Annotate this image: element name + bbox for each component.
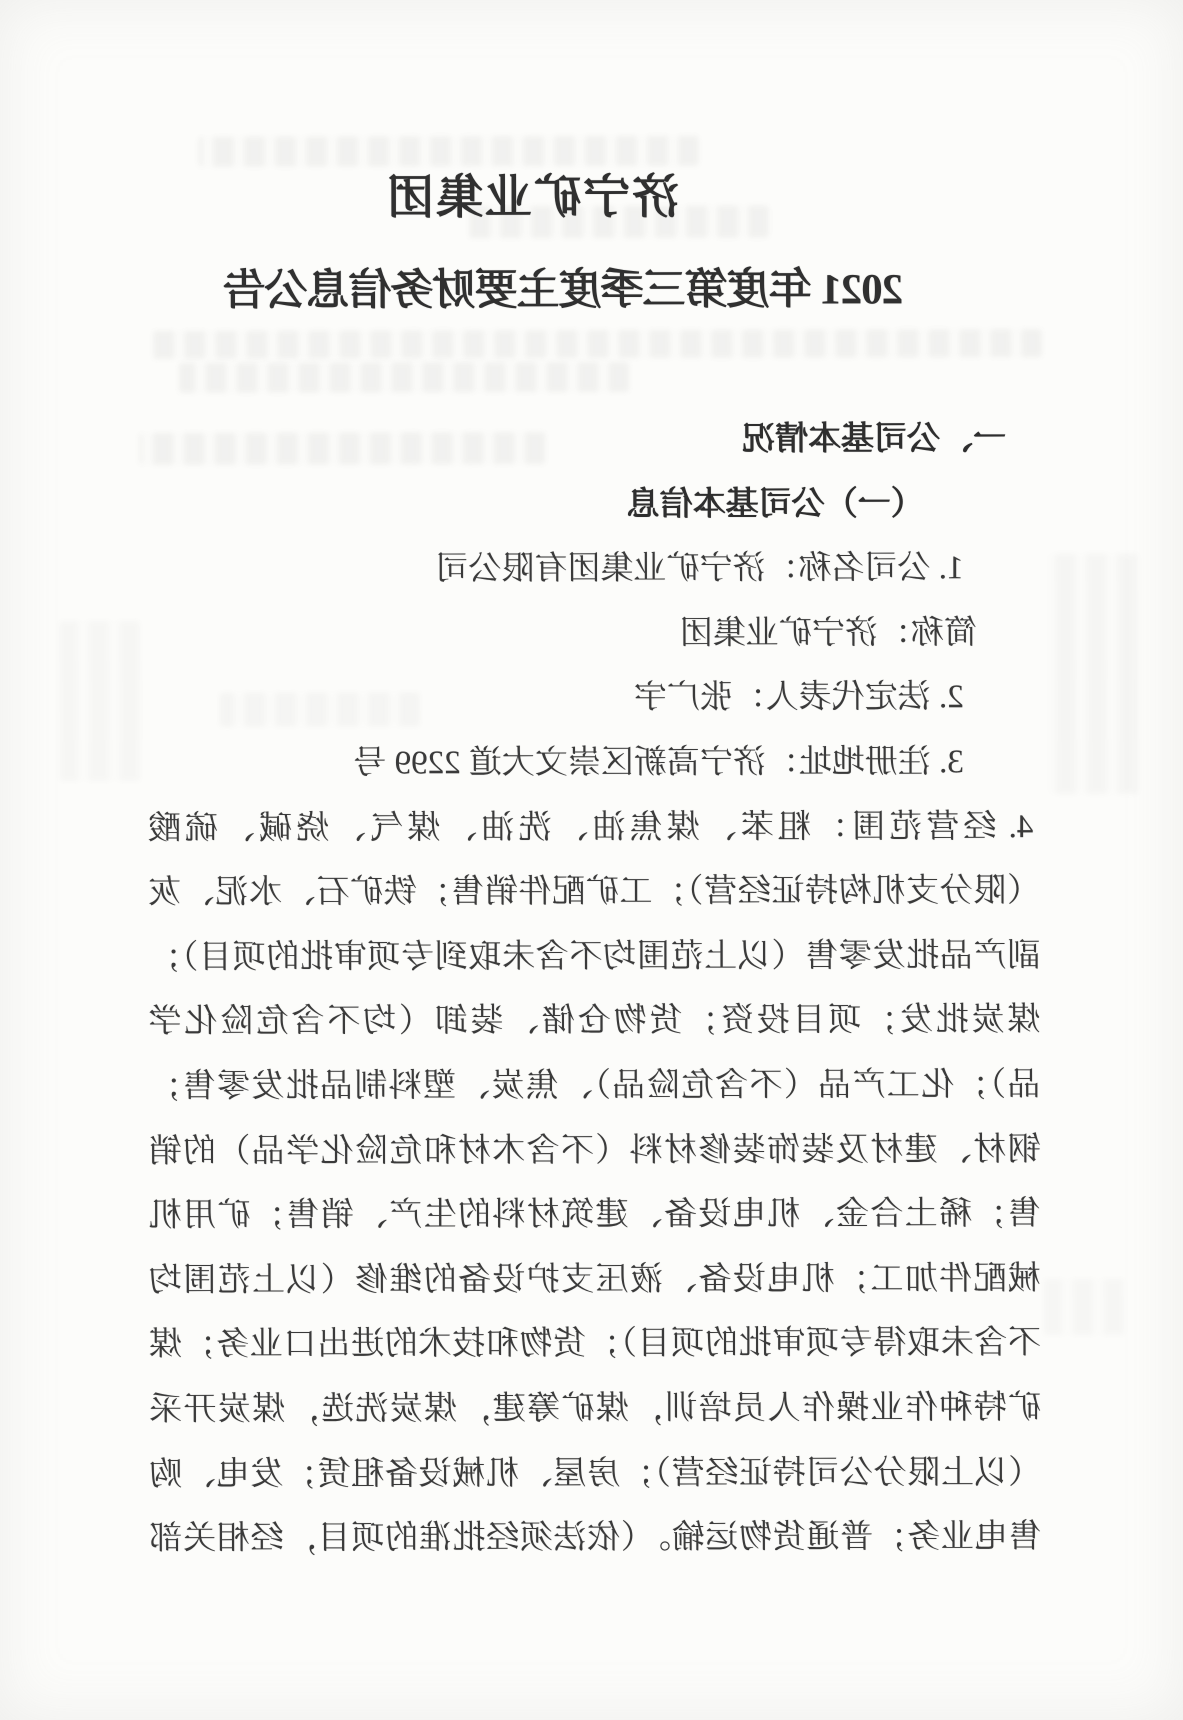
body-line: 一、公司基本情况 [147,407,1039,473]
body-line: 不含未取得专项审批的项目）；货物和技术的进出口业务；煤 [149,1311,1041,1377]
body-line: 煤炭批发；项目投资；货物仓储、装卸（均不含危险化学 [148,988,1040,1054]
bleedthrough-smudge [179,362,629,393]
scanned-page: 济宁矿业集团 2021 年度第三季度主要财务信息公告 一、公司基本情况（一）公司… [0,0,1183,1720]
body-line: 1. 公司名称：济宁矿业集团有限公司 [147,536,1039,602]
body-line: 售；稀土合金、机电设备、建筑材料的生产、销售；矿用机 [149,1182,1041,1248]
body-line: 副产品批发零售（以上范围均不含未取到专项审批的项目）； [148,924,1040,990]
body-line: 3. 注册地址：济宁高新区崇文大道 2299 号 [148,730,1040,796]
mirrored-sheet: 济宁矿业集团 2021 年度第三季度主要财务信息公告 一、公司基本情况（一）公司… [0,0,1183,1720]
body-line: 品）；化工产品（不含危险品）、焦炭、塑料制品批发零售； [148,1053,1040,1119]
body-line: 矿特种作业操作人员培训，煤矿筹建，煤炭洗选，煤炭开采 [149,1376,1041,1442]
body-line: （一）公司基本信息 [147,472,1039,538]
bleedthrough-smudge [152,329,1042,359]
document-body: 一、公司基本情况（一）公司基本信息1. 公司名称：济宁矿业集团有限公司简称：济宁… [147,407,1041,1572]
document-title-line2: 2021 年度第三季度主要财务信息公告 [0,255,1155,318]
body-line: 简称：济宁矿业集团 [147,601,1039,667]
bleedthrough-smudge [59,621,139,781]
document-title-line1: 济宁矿业集团 [0,159,1124,228]
body-line: 售电业务；普通货物运输。（依法须经批准的项目，经相关部 [149,1505,1041,1571]
bleedthrough-smudge [1044,1279,1124,1335]
body-line: 钢材、建材及装饰装修材料（不含木材和危险化学品）的销 [149,1118,1041,1184]
body-line: （限分支机构持证经营）；工矿配件销售；铁矿石、水泥、灰 [148,859,1040,925]
bleedthrough-smudge [1047,554,1138,794]
body-line: 2. 法定代表人：张广宇 [148,665,1040,731]
body-line: 械配件加工；机电设备、液压支护设备的维修（以上范围均 [149,1247,1041,1313]
body-line: 4. 经营范围：粗苯、煤焦油、洗油、煤气、烧碱、硫酸 [148,795,1040,861]
body-line: （以上限分公司持证经营）；房屋、机械设备租赁；发电、购 [149,1441,1041,1507]
